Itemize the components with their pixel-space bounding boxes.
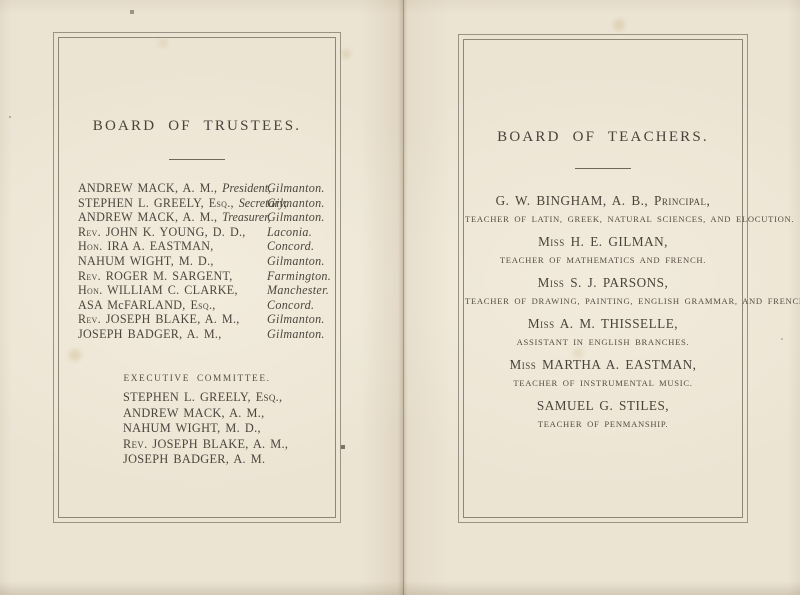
- trustee-name: WILLIAM C. CLARKE,: [107, 283, 238, 297]
- teacher-prefix: Miss: [528, 316, 555, 331]
- trustee-role: Treasurer,: [222, 210, 271, 224]
- teacher-name: A. M. THISSELLE,: [560, 316, 678, 331]
- trustee-prefix: Hon.: [78, 283, 103, 297]
- teacher-name: G. W. BINGHAM, A. B.,: [496, 193, 649, 208]
- paper-specks: [0, 0, 2, 2]
- trustee-name: STEPHEN L. GREELY,: [78, 196, 204, 210]
- teacher-role: Principal,: [654, 193, 710, 208]
- teacher-entry: Miss S. J. PARSONS, TEACHER OF DRAWING, …: [465, 275, 741, 307]
- trustee-name: ROGER M. SARGENT,: [106, 269, 233, 283]
- teacher-entry: SAMUEL G. STILES, TEACHER OF PENMANSHIP.: [465, 398, 741, 430]
- trustee-esq: Esq.,: [190, 298, 215, 312]
- trustee-town: Manchester.: [267, 283, 329, 298]
- teachers-list: G. W. BINGHAM, A. B., Principal, TEACHER…: [465, 193, 741, 439]
- teacher-entry: Miss MARTHA A. EASTMAN, TEACHER OF INSTR…: [465, 357, 741, 389]
- trustee-name: ANDREW MACK, A. M.,: [78, 210, 217, 224]
- committee-member: JOSEPH BADGER, A. M.: [123, 452, 288, 468]
- trustee-town: Farmington.: [267, 269, 331, 284]
- page-title-trustees: BOARD OF TRUSTEES.: [54, 118, 340, 135]
- trustee-town: Gilmanton.: [267, 312, 325, 327]
- trustee-name: NAHUM WIGHT, M. D.,: [78, 254, 214, 268]
- committee-member: NAHUM WIGHT, M. D.,: [123, 421, 288, 437]
- trustee-name: ASA McFARLAND,: [78, 298, 186, 312]
- trustee-town: Concord.: [267, 298, 314, 313]
- trustee-esq: Esq.,: [209, 196, 234, 210]
- committee-member: ANDREW MACK, A. M.,: [123, 406, 288, 422]
- trustee-prefix: Rev.: [78, 225, 101, 239]
- member-name: JOSEPH BLAKE, A. M.,: [152, 437, 288, 451]
- trustee-row: Rev. JOSEPH BLAKE, A. M., Gilmanton.: [78, 312, 334, 327]
- trustee-prefix: Hon.: [78, 239, 103, 253]
- member-name: STEPHEN L. GREELY,: [123, 390, 251, 404]
- trustee-town: Gilmanton.: [267, 327, 325, 342]
- teacher-description: TEACHER OF DRAWING, PAINTING, ENGLISH GR…: [465, 296, 741, 307]
- trustee-name: IRA A. EASTMAN,: [107, 239, 213, 253]
- trustee-row: ANDREW MACK, A. M., Treasurer, Gilmanton…: [78, 210, 334, 225]
- trustee-row: Hon. IRA A. EASTMAN, Concord.: [78, 239, 334, 254]
- trustee-row: ANDREW MACK, A. M., President, Gilmanton…: [78, 181, 334, 196]
- committee-member: Rev. JOSEPH BLAKE, A. M.,: [123, 437, 288, 453]
- member-name: NAHUM WIGHT, M. D.,: [123, 421, 261, 435]
- trustee-town: Laconia.: [267, 225, 312, 240]
- teacher-description: TEACHER OF MATHEMATICS AND FRENCH.: [465, 255, 741, 266]
- trustees-list: ANDREW MACK, A. M., President, Gilmanton…: [78, 181, 334, 342]
- trustee-name: JOSEPH BADGER, A. M.,: [78, 327, 222, 341]
- left-page-border: BOARD OF TRUSTEES. ANDREW MACK, A. M., P…: [53, 32, 341, 523]
- teacher-description: TEACHER OF PENMANSHIP.: [465, 419, 741, 430]
- committee-member: STEPHEN L. GREELY, Esq.,: [123, 390, 288, 406]
- trustee-name: JOHN K. YOUNG, D. D.,: [106, 225, 246, 239]
- trustee-town: Concord.: [267, 239, 314, 254]
- teacher-entry: Miss H. E. GILMAN, TEACHER OF MATHEMATIC…: [465, 234, 741, 266]
- gutter-seam: [403, 0, 404, 595]
- teacher-description: ASSISTANT IN ENGLISH BRANCHES.: [465, 337, 741, 348]
- member-name: ANDREW MACK, A. M.,: [123, 406, 265, 420]
- teacher-name-line: SAMUEL G. STILES,: [465, 398, 741, 414]
- gutter-shadow: [360, 0, 450, 595]
- executive-committee-heading: EXECUTIVE COMMITTEE.: [54, 374, 340, 384]
- trustee-name: JOSEPH BLAKE, A. M.,: [106, 312, 240, 326]
- teacher-name-line: G. W. BINGHAM, A. B., Principal,: [465, 193, 741, 209]
- page-title-teachers: BOARD OF TEACHERS.: [459, 129, 747, 146]
- teacher-name-line: Miss MARTHA A. EASTMAN,: [465, 357, 741, 373]
- trustee-row: Rev. JOHN K. YOUNG, D. D., Laconia.: [78, 225, 334, 240]
- teacher-name-line: Miss A. M. THISSELLE,: [465, 316, 741, 332]
- trustee-row: ASA McFARLAND, Esq., Concord.: [78, 298, 334, 313]
- executive-committee-list: STEPHEN L. GREELY, Esq., ANDREW MACK, A.…: [123, 390, 288, 468]
- divider-rule: [575, 168, 631, 169]
- teacher-prefix: Miss: [538, 234, 565, 249]
- teacher-name: H. E. GILMAN,: [571, 234, 668, 249]
- teacher-name: MARTHA A. EASTMAN,: [542, 357, 696, 372]
- member-esq: Esq.,: [256, 390, 283, 404]
- teacher-entry: G. W. BINGHAM, A. B., Principal, TEACHER…: [465, 193, 741, 225]
- trustee-row: JOSEPH BADGER, A. M., Gilmanton.: [78, 327, 334, 342]
- trustee-town: Gilmanton.: [267, 210, 325, 225]
- trustee-row: NAHUM WIGHT, M. D., Gilmanton.: [78, 254, 334, 269]
- trustee-row: STEPHEN L. GREELY, Esq., Secretary, Gilm…: [78, 196, 334, 211]
- right-page-border: BOARD OF TEACHERS. G. W. BINGHAM, A. B.,…: [458, 34, 748, 523]
- trustee-town: Gilmanton.: [267, 196, 325, 211]
- trustee-name: ANDREW MACK, A. M.,: [78, 181, 217, 195]
- member-name: JOSEPH BADGER, A. M.: [123, 452, 265, 466]
- teacher-description: TEACHER OF LATIN, GREEK, NATURAL SCIENCE…: [465, 214, 741, 225]
- teacher-prefix: Miss: [510, 357, 537, 372]
- trustee-row: Hon. WILLIAM C. CLARKE, Manchester.: [78, 283, 334, 298]
- trustee-town: Gilmanton.: [267, 254, 325, 269]
- divider-rule: [169, 159, 225, 160]
- teacher-name-line: Miss S. J. PARSONS,: [465, 275, 741, 291]
- teacher-entry: Miss A. M. THISSELLE, ASSISTANT IN ENGLI…: [465, 316, 741, 348]
- trustee-prefix: Rev.: [78, 269, 101, 283]
- book-spread: BOARD OF TRUSTEES. ANDREW MACK, A. M., P…: [0, 0, 800, 595]
- trustee-town: Gilmanton.: [267, 181, 325, 196]
- teacher-description: TEACHER OF INSTRUMENTAL MUSIC.: [465, 378, 741, 389]
- teacher-prefix: Miss: [538, 275, 565, 290]
- teacher-name: S. J. PARSONS,: [570, 275, 668, 290]
- member-prefix: Rev.: [123, 437, 147, 451]
- teacher-name: SAMUEL G. STILES,: [537, 398, 669, 413]
- trustee-role: President,: [222, 181, 271, 195]
- paper-stains: [0, 0, 6, 6]
- trustee-prefix: Rev.: [78, 312, 101, 326]
- teacher-name-line: Miss H. E. GILMAN,: [465, 234, 741, 250]
- trustee-row: Rev. ROGER M. SARGENT, Farmington.: [78, 269, 334, 284]
